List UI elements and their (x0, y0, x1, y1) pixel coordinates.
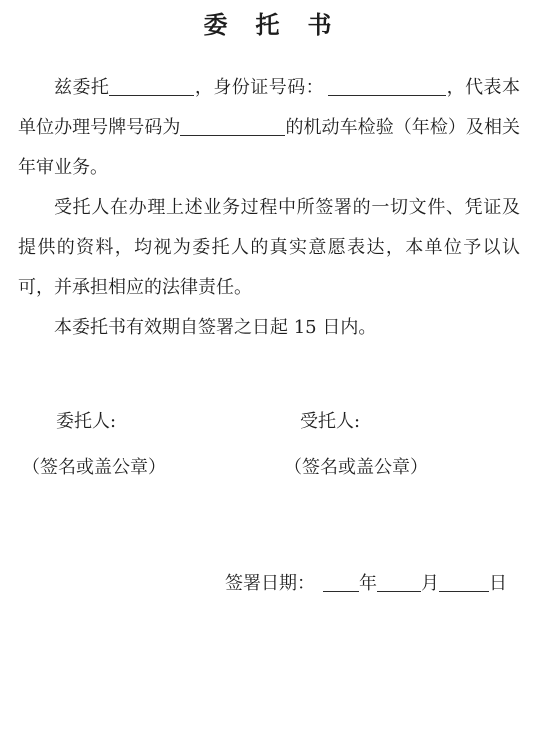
id-number-label: ，身份证号码： (194, 77, 324, 98)
entrust-prefix-text: 兹委托 (54, 77, 109, 98)
day-suffix: 日 (489, 573, 507, 594)
id-number-blank (328, 78, 446, 96)
month-blank (377, 574, 421, 592)
document-title: 委 托 书 (0, 8, 537, 42)
paragraph-entrustment: 兹委托，身份证号码：，代表本单位办理号牌号码为的机动车检验（年检）及相关年审业务… (18, 68, 520, 188)
principal-sign-note: （签名或盖公章） (22, 457, 166, 478)
principal-note-column: （签名或盖公章） (18, 456, 269, 480)
document-body: 兹委托，身份证号码：，代表本单位办理号牌号码为的机动车检验（年检）及相关年审业务… (0, 68, 537, 596)
year-suffix: 年 (359, 573, 377, 594)
principal-label: 委托人: (56, 411, 116, 432)
paragraph-validity: 本委托书有效期自签署之日起 15 日内。 (18, 308, 520, 348)
paragraph-liability: 受托人在办理上述业务过程中所签署的一切文件、凭证及提供的资料，均视为委托人的真实… (18, 188, 520, 308)
day-blank (439, 574, 489, 592)
signature-notes-row: （签名或盖公章） （签名或盖公章） (18, 456, 520, 480)
signature-labels-row: 委托人: 受托人: (18, 410, 520, 434)
signing-date-label: 签署日期： (225, 573, 315, 594)
year-blank (323, 574, 359, 592)
trustee-name-blank (109, 78, 194, 96)
signing-date-line: 签署日期：年月日 (18, 572, 520, 596)
agent-note-column: （签名或盖公章） (269, 456, 520, 480)
month-suffix: 月 (421, 573, 439, 594)
plate-number-blank (180, 118, 285, 136)
agent-sign-note: （签名或盖公章） (284, 457, 428, 478)
authorization-letter-document: 委 托 书 兹委托，身份证号码：，代表本单位办理号牌号码为的机动车检验（年检）及… (0, 0, 537, 748)
principal-column: 委托人: (18, 410, 269, 434)
agent-column: 受托人: (269, 410, 520, 434)
agent-label: 受托人: (300, 411, 360, 432)
